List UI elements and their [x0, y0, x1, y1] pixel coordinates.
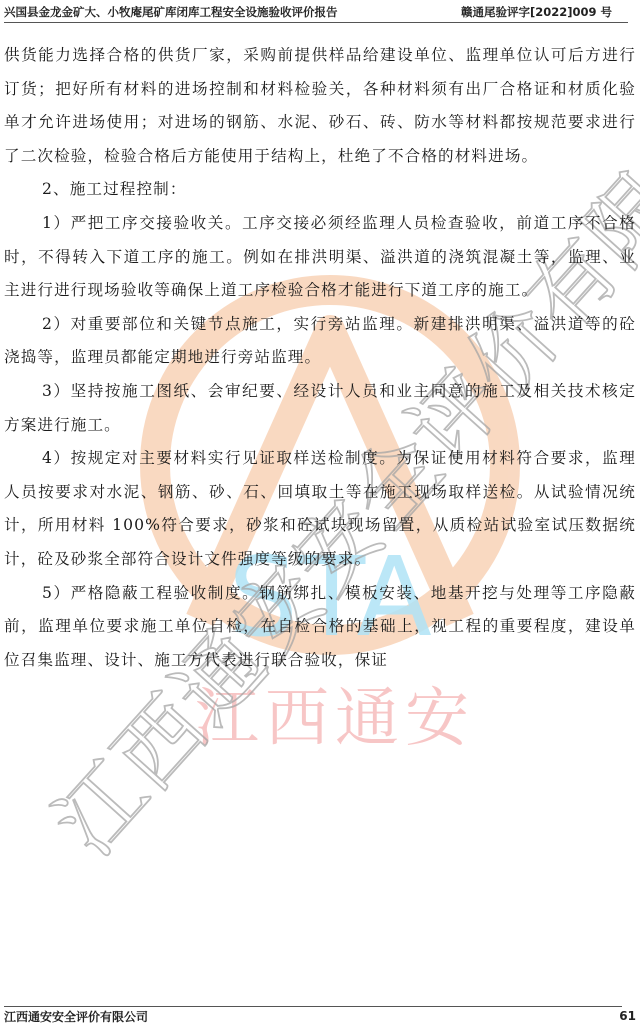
page-footer: 江西通安安全评价有限公司 61: [4, 1006, 622, 1025]
paragraph: 1）严把工序交接验收关。工序交接必须经监理人员检查验收，前道工序不合格时，不得转…: [4, 207, 636, 308]
company-name: 江西通安安全评价有限公司: [4, 1008, 148, 1025]
paragraph: 供货能力选择合格的供货厂家，采购前提供样品给建设单位、监理单位认可后方进行订货；…: [4, 39, 636, 173]
paragraph: 5）严格隐蔽工程验收制度。钢筋绑扎、模板安装、地基开挖与处理等工序隐蔽前，监理单…: [4, 577, 636, 678]
page-header: 兴国县金龙金矿大、小牧庵尾矿库闭库工程安全设施验收评价报告 赣通尾验评字[202…: [4, 2, 628, 23]
document-body: 供货能力选择合格的供货厂家，采购前提供样品给建设单位、监理单位认可后方进行订货；…: [4, 39, 636, 677]
paragraph: 3）坚持按施工图纸、会审纪要、经设计人员和业主同意的施工及相关技术核定方案进行施…: [4, 375, 636, 442]
svg-text:江西通安: 江西通安: [195, 682, 475, 756]
paragraph: 2）对重要部位和关键节点施工，实行旁站监理。新建排洪明渠、溢洪道等的砼浇捣等，监…: [4, 308, 636, 375]
report-title: 兴国县金龙金矿大、小牧庵尾矿库闭库工程安全设施验收评价报告: [4, 4, 338, 20]
document-number: 赣通尾验评字[2022]009 号: [461, 4, 612, 20]
page-number: 61: [619, 1009, 636, 1023]
section-heading: 2、施工过程控制：: [4, 173, 636, 207]
paragraph: 4）按规定对主要材料实行见证取样送检制度。为保证使用材料符合要求，监理人员按要求…: [4, 442, 636, 576]
